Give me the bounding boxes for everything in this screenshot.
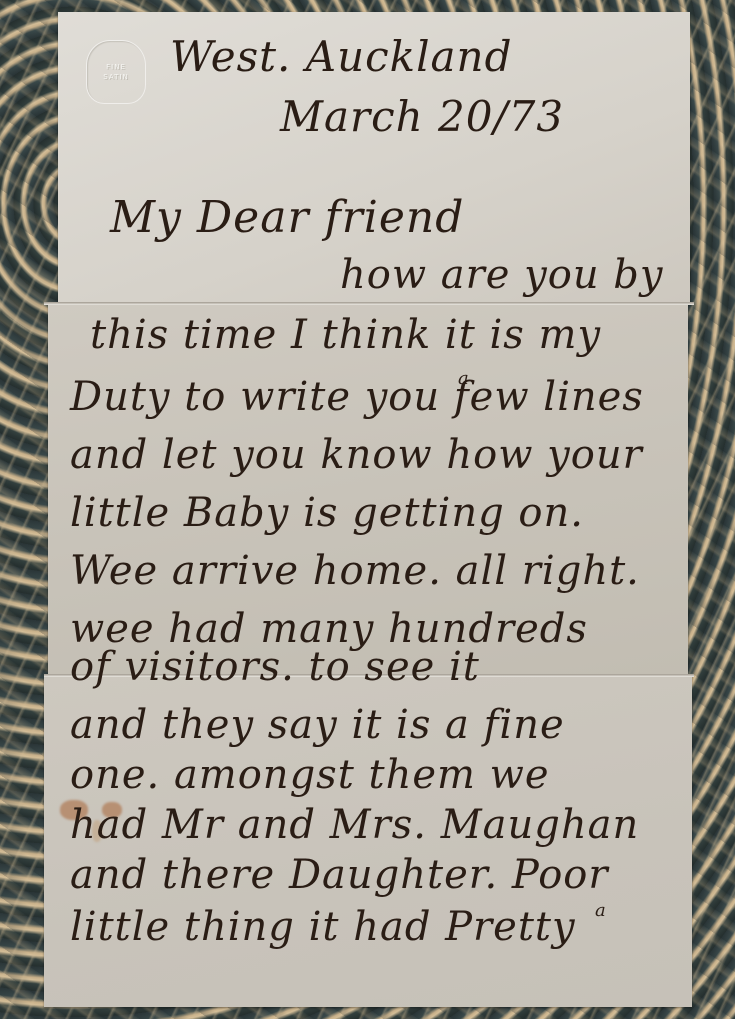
letter-line: little thing it had Pretty	[70, 904, 576, 950]
letter-line: had Mr and Mrs. Maughan	[70, 802, 639, 848]
letter-line: how are you by	[340, 252, 664, 298]
letter-line: one. amongst them we	[70, 752, 550, 798]
letter-line: this time I think it is my	[90, 312, 601, 358]
letter-salutation: My Dear friend	[110, 192, 464, 243]
letter-place: West. Auckland	[170, 32, 513, 81]
letter-line: and there Daughter. Poor	[70, 852, 608, 898]
emboss-text-line1: FINE	[106, 62, 126, 72]
letter-line: little Baby is getting on.	[70, 490, 584, 536]
letter-date: March 20/73	[280, 92, 564, 141]
emboss-text-line2: SATIN	[103, 72, 128, 82]
letter-line: and they say it is a fine	[70, 702, 565, 748]
fold-line-upper	[44, 302, 694, 305]
paper-emboss-stamp: FINE SATIN	[86, 40, 146, 104]
letter-line: Wee arrive home. all right.	[70, 548, 640, 594]
letter-insertion: a	[595, 900, 606, 921]
letter-line: of visitors. to see it	[70, 644, 480, 690]
letter-line: and let you know how your	[70, 432, 643, 478]
letter-line: Duty to write you few lines	[70, 374, 644, 420]
letter-sheet: FINE SATIN West. Auckland March 20/73 My…	[40, 12, 700, 1007]
